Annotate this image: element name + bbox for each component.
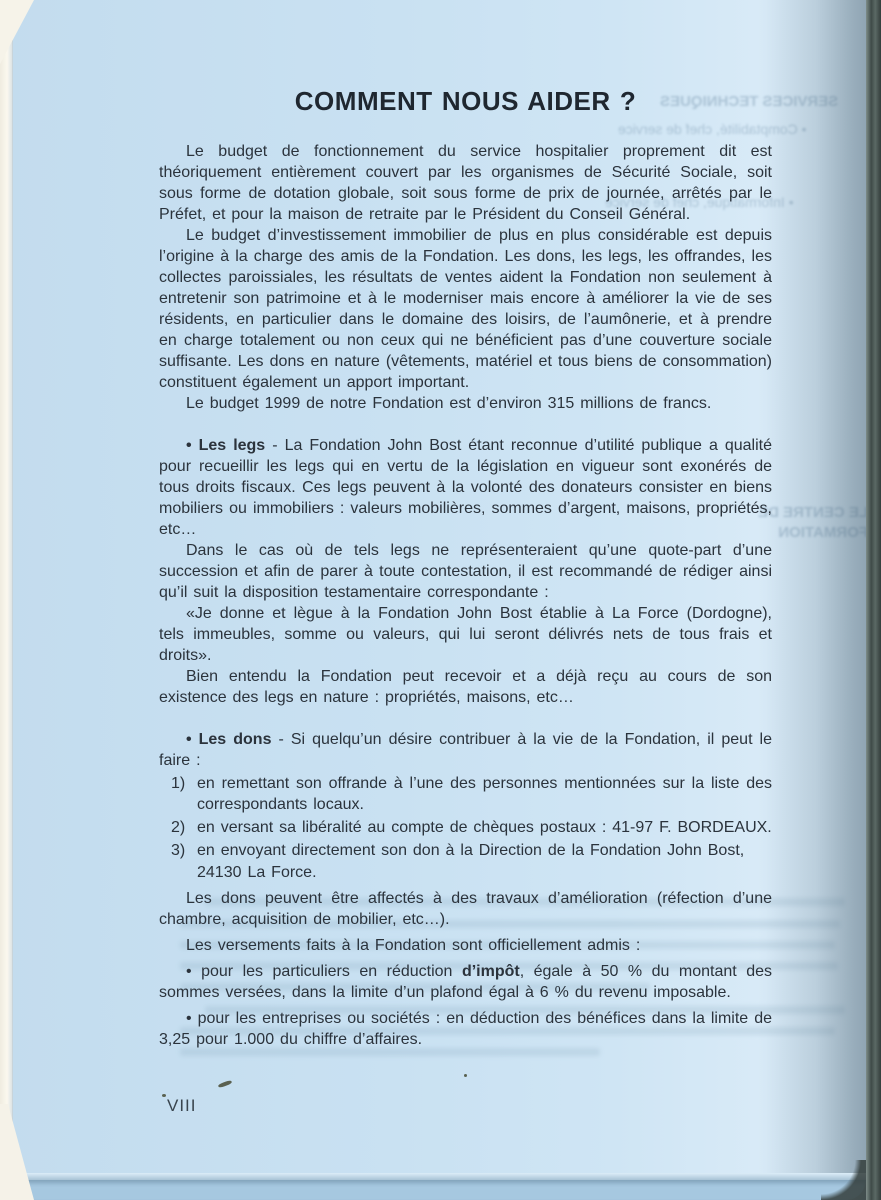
list-item-number: 3)	[171, 840, 197, 861]
legs-lead-paragraph: • Les legs - La Fondation John Bost étan…	[159, 435, 772, 540]
dons-list-item-2: 2) en versant sa libéralité au compte de…	[159, 817, 772, 838]
dons-lead-paragraph: • Les dons - Si quelqu’un désire contrib…	[159, 729, 772, 771]
scanned-page: SERVICES TECHNIQUES • Comptabilité, chef…	[0, 0, 881, 1200]
list-item-text: en remettant son offrande à l’une des pe…	[197, 773, 772, 815]
list-item-number: 2)	[171, 817, 197, 838]
intro-paragraph-2: Le budget d’investissement immobilier de…	[159, 225, 772, 393]
dons-bullet-entreprises: • pour les entreprises ou sociétés : en …	[159, 1008, 772, 1050]
bullet-text: • pour les particuliers en réduction	[186, 963, 462, 980]
bullet-bold-text: d’impôt	[462, 963, 520, 980]
legs-section-label: • Les legs	[186, 437, 265, 454]
legs-quote: «Je donne et lègue à la Fondation John B…	[159, 603, 772, 666]
page-title: COMMENT NOUS AIDER ?	[159, 88, 772, 114]
dons-list-item-1: 1) en remettant son offrande à l’une des…	[159, 773, 772, 815]
intro-paragraph-1: Le budget de fonctionnement du service h…	[159, 141, 772, 225]
dons-section-label: • Les dons	[186, 731, 271, 748]
book-spine-edge	[866, 0, 881, 1200]
page-left-edge	[0, 0, 13, 1200]
list-item-number: 1)	[171, 773, 197, 815]
page-number: VIII	[167, 1096, 197, 1116]
scan-speck	[218, 1080, 233, 1089]
page-curl-shadow	[766, 0, 866, 1200]
dons-bullet-particuliers: • pour les particuliers en réduction d’i…	[159, 961, 772, 1003]
scan-speck	[162, 1094, 166, 1097]
legs-paragraph-3: Bien entendu la Fondation peut recevoir …	[159, 666, 772, 708]
list-item-text: en versant sa libéralité au compte de ch…	[197, 817, 772, 838]
list-item-text: en envoyant directement son don à la Dir…	[197, 840, 772, 861]
dons-list-item-3: 3) en envoyant directement son don à la …	[159, 840, 772, 861]
dons-paragraph-affectes: Les dons peuvent être affectés à des tra…	[159, 888, 772, 930]
scan-speck	[464, 1074, 467, 1077]
dons-paragraph-versements: Les versements faits à la Fondation sont…	[159, 935, 772, 956]
underlying-cover-strip	[13, 1180, 866, 1200]
legs-paragraph-2: Dans le cas où de tels legs ne représent…	[159, 540, 772, 603]
list-item-address-line: 24130 La Force.	[197, 862, 772, 883]
intro-paragraph-3: Le budget 1999 de notre Fondation est d’…	[159, 393, 772, 414]
page-content: COMMENT NOUS AIDER ? Le budget de foncti…	[159, 88, 772, 1050]
page-bottom-edge	[13, 1173, 866, 1180]
